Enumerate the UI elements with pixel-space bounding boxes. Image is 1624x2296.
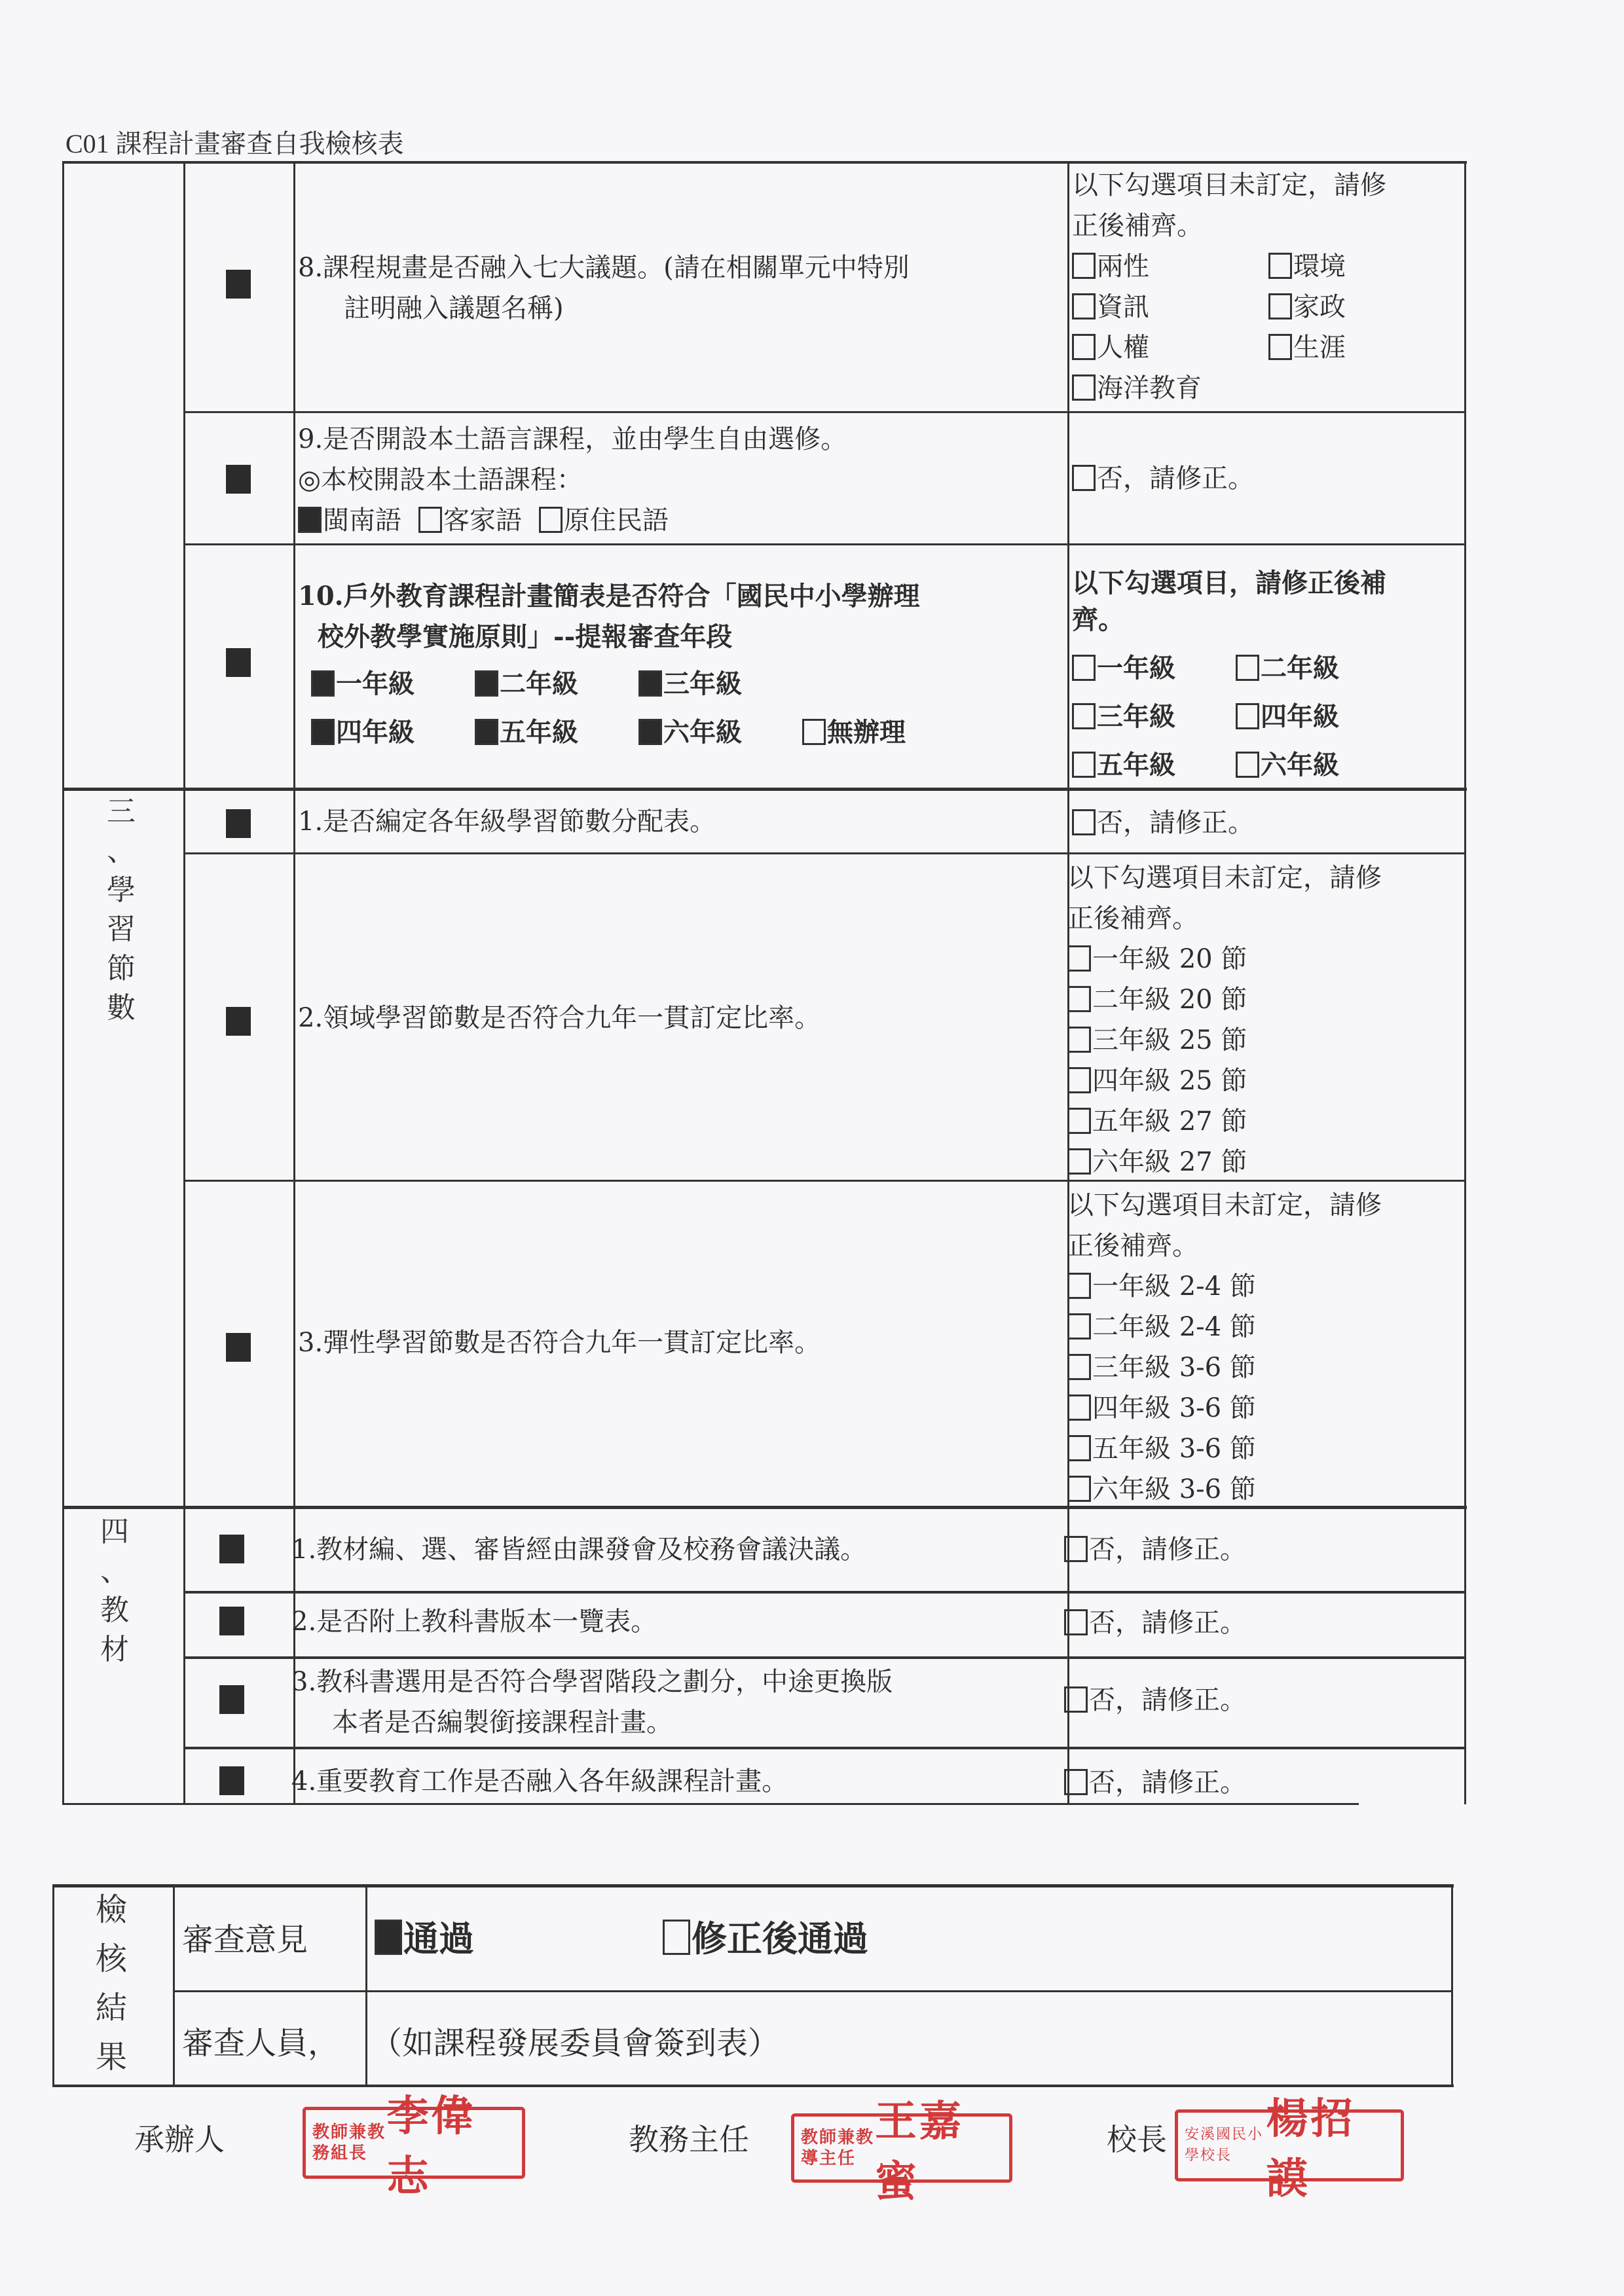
- checkbox[interactable]: [1067, 1313, 1091, 1339]
- s3-item-2-mark: [226, 1007, 251, 1036]
- checkbox-checked[interactable]: [475, 719, 498, 745]
- col-divider-1: [183, 161, 185, 1804]
- grade-option-2[interactable]: 二年級: [475, 664, 638, 704]
- remedy-flex-grade-5[interactable]: 五年級 3-6 節: [1067, 1429, 1382, 1469]
- signature-role-academic-director: 教務主任: [629, 2116, 749, 2159]
- result-bottom-border: [52, 2085, 1454, 2087]
- checkbox[interactable]: [1236, 655, 1259, 681]
- checkbox[interactable]: [1067, 1394, 1091, 1421]
- result-right-border: [1451, 1884, 1453, 2086]
- opinion-options: 通過修正後通過: [375, 1918, 868, 1959]
- signature-role-principal: 校長: [1107, 2116, 1167, 2159]
- remedy-grade-2[interactable]: 二年級: [1236, 648, 1339, 689]
- checkbox[interactable]: [1268, 293, 1292, 319]
- reviewers-value: （如課程發展委員會簽到表）: [371, 2023, 779, 2064]
- checkbox[interactable]: [802, 719, 826, 745]
- remedy-grade-1-periods[interactable]: 一年級 20 節: [1067, 939, 1382, 979]
- remedy-grade-3-periods[interactable]: 三年級 25 節: [1067, 1020, 1382, 1061]
- checkbox[interactable]: [1067, 1148, 1091, 1175]
- remedy-grade-5[interactable]: 五年級: [1072, 745, 1236, 786]
- remedy-flex-grade-4[interactable]: 四年級 3-6 節: [1067, 1388, 1382, 1429]
- remedy-grade-4[interactable]: 四年級: [1236, 697, 1339, 737]
- s3-item-2-remedy: 以下勾選項目未訂定，請修 正後補齊。 一年級 20 節 二年級 20 節 三年級…: [1067, 858, 1382, 1182]
- result-row-divider: [173, 1990, 1453, 1992]
- checkbox[interactable]: [1268, 253, 1292, 279]
- checkbox-checked[interactable]: [475, 670, 498, 697]
- language-option-minnan[interactable]: 閩南語: [298, 500, 401, 541]
- item-8-question: 8.課程規畫是否融入七大議題。(請在相關單元中特別 註明融入議題名稱): [298, 247, 910, 329]
- language-option-hakka[interactable]: 客家語: [418, 500, 522, 541]
- remedy-grade-6[interactable]: 六年級: [1236, 745, 1339, 786]
- item-9-question: 9.是否開設本土語言課程，並由學生自由選修。 ◎本校開設本土語課程： 閩南語客家…: [298, 419, 847, 541]
- stamp-handler: 教師兼教務組長 李偉志: [303, 2107, 525, 2179]
- table-top-border: [62, 161, 1467, 164]
- checkbox-checked[interactable]: [638, 670, 662, 697]
- s3-item-3-mark: [226, 1333, 251, 1362]
- remedy-flex-grade-6[interactable]: 六年級 3-6 節: [1067, 1469, 1382, 1510]
- checkbox[interactable]: [1072, 465, 1096, 491]
- checkbox-checked[interactable]: [311, 670, 335, 697]
- table-right-border: [1464, 161, 1466, 1804]
- checkbox[interactable]: [1072, 334, 1096, 360]
- checkbox[interactable]: [1072, 655, 1096, 681]
- s4-item-1-mark: [219, 1535, 244, 1563]
- s4-item-3-mark: [219, 1685, 244, 1714]
- result-col-divider-1: [173, 1884, 175, 2086]
- remedy-option-environment[interactable]: 環境: [1268, 246, 1346, 287]
- s4-item-2-mark: [219, 1607, 244, 1635]
- s4-item-2-remedy[interactable]: 否，請修正。: [1064, 1603, 1246, 1643]
- checkbox-checked[interactable]: [375, 1920, 402, 1955]
- signature-role-handler: 承辦人: [134, 2116, 225, 2159]
- s4-item-3-question: 3.教科書選用是否符合學習階段之劃分，中途更換版 本者是否編製銜接課程計畫。: [291, 1662, 893, 1743]
- checkbox[interactable]: [1064, 1536, 1088, 1562]
- remedy-flex-grade-2[interactable]: 二年級 2-4 節: [1067, 1307, 1382, 1347]
- s4-item-1-question: 1.教材編、選、審皆經由課發會及校務會議決議。: [291, 1529, 866, 1570]
- s3-item-1-mark: [226, 809, 251, 838]
- checkbox[interactable]: [1064, 1769, 1088, 1795]
- checkbox[interactable]: [1072, 293, 1096, 319]
- item-10-question: 10.戶外教育課程計畫簡表是否符合「國民中小學辦理 校外教學實施原則」--提報審…: [298, 576, 920, 753]
- remedy-option-info[interactable]: 資訊: [1072, 287, 1268, 327]
- checkbox[interactable]: [1072, 809, 1096, 835]
- stamp-principal: 安溪國民小學校長 楊招謨: [1175, 2109, 1404, 2181]
- result-col-divider-2: [365, 1884, 367, 2086]
- checkbox[interactable]: [539, 507, 563, 533]
- checkbox[interactable]: [1067, 1273, 1091, 1299]
- checkbox[interactable]: [1067, 1435, 1091, 1461]
- checkbox[interactable]: [1067, 1027, 1091, 1053]
- checkbox[interactable]: [1064, 1686, 1088, 1713]
- remedy-flex-grade-3[interactable]: 三年級 3-6 節: [1067, 1347, 1382, 1388]
- remedy-option-home-econ[interactable]: 家政: [1268, 287, 1346, 327]
- s4-item-3-remedy[interactable]: 否，請修正。: [1064, 1680, 1246, 1721]
- result-left-border: [52, 1884, 54, 2086]
- reviewers-label: 審查人員，: [182, 2023, 339, 2064]
- item-9-remedy[interactable]: 否，請修正。: [1072, 458, 1254, 499]
- grade-option-3[interactable]: 三年級: [638, 664, 742, 704]
- s4-item-1-remedy[interactable]: 否，請修正。: [1064, 1529, 1246, 1570]
- checkbox[interactable]: [1268, 334, 1292, 360]
- section-3-label: 三 、 學 習 節 數: [101, 792, 141, 1028]
- grade-option-5[interactable]: 五年級: [475, 712, 638, 753]
- remedy-grade-6-periods[interactable]: 六年級 27 節: [1067, 1142, 1382, 1182]
- s4-item-4-question: 4.重要教育工作是否融入各年級課程計畫。: [291, 1761, 788, 1802]
- item-10-remedy: 以下勾選項目，請修正後補 齊。 一年級二年級 三年級四年級 五年級六年級: [1072, 563, 1386, 786]
- row-sep-8-9: [183, 411, 1466, 413]
- section-4-label: 四 、 教 材: [95, 1512, 134, 1669]
- checkbox[interactable]: [418, 507, 442, 533]
- result-section-label: 檢 核 結 果: [92, 1886, 131, 2082]
- checkbox-checked[interactable]: [298, 507, 322, 533]
- grade-option-4[interactable]: 四年級: [311, 712, 475, 753]
- row-sep-3-1-2: [183, 852, 1466, 854]
- remedy-grade-4-periods[interactable]: 四年級 25 節: [1067, 1061, 1382, 1101]
- s3-item-3-question: 3.彈性學習節數是否符合九年一貫訂定比率。: [298, 1322, 821, 1363]
- opinion-pass[interactable]: 通過: [375, 1918, 663, 1959]
- checkbox[interactable]: [1067, 1476, 1091, 1502]
- section-sep-2-3: [62, 788, 1467, 791]
- checkbox[interactable]: [1072, 253, 1096, 279]
- remedy-option-ocean[interactable]: 海洋教育: [1072, 368, 1202, 409]
- remedy-grade-5-periods[interactable]: 五年級 27 節: [1067, 1101, 1382, 1142]
- remedy-grade-3[interactable]: 三年級: [1072, 697, 1236, 737]
- checkbox[interactable]: [1236, 752, 1259, 778]
- language-option-indigenous[interactable]: 原住民語: [539, 500, 669, 541]
- row-sep-4-2-3: [183, 1656, 1466, 1659]
- stamp-academic-director: 教師兼教導主任 王嘉蜜: [791, 2113, 1012, 2183]
- row-sep-4-1-2: [183, 1591, 1466, 1594]
- s4-item-4-remedy[interactable]: 否，請修正。: [1064, 1762, 1246, 1803]
- s3-item-1-remedy[interactable]: 否，請修正。: [1072, 803, 1254, 843]
- table-left-border: [62, 161, 64, 1804]
- grade-option-none[interactable]: 無辦理: [802, 712, 906, 753]
- item-10-mark: [226, 648, 251, 677]
- opinion-label: 審查意見: [182, 1920, 308, 1960]
- row-sep-4-3-4: [183, 1747, 1466, 1749]
- checkbox-checked[interactable]: [638, 719, 662, 745]
- checkbox[interactable]: [1067, 1067, 1091, 1093]
- remedy-option-career[interactable]: 生涯: [1268, 327, 1346, 368]
- row-sep-9-10: [183, 543, 1466, 545]
- s4-item-4-mark: [219, 1766, 244, 1795]
- item-8-remedy: 以下勾選項目未訂定，請修 正後補齊。 兩性環境 資訊家政 人權生涯 海洋教育: [1072, 165, 1386, 409]
- checkbox-checked[interactable]: [311, 719, 335, 745]
- remedy-option-human-rights[interactable]: 人權: [1072, 327, 1268, 368]
- s3-item-1-question: 1.是否編定各年級學習節數分配表。: [298, 801, 716, 842]
- remedy-option-gender[interactable]: 兩性: [1072, 246, 1268, 287]
- result-top-border: [52, 1884, 1454, 1887]
- page-title: C01 課程計畫審查自我檢核表: [65, 123, 404, 160]
- checkbox[interactable]: [1067, 1108, 1091, 1134]
- checkbox[interactable]: [1072, 374, 1096, 401]
- grade-option-6[interactable]: 六年級: [638, 712, 802, 753]
- checkbox[interactable]: [1064, 1609, 1088, 1635]
- checkbox[interactable]: [1236, 703, 1259, 729]
- checkbox[interactable]: [1072, 752, 1096, 778]
- remedy-flex-grade-1[interactable]: 一年級 2-4 節: [1067, 1266, 1382, 1307]
- remedy-grade-1[interactable]: 一年級: [1072, 648, 1236, 689]
- table-bottom-border: [62, 1803, 1359, 1805]
- checkbox[interactable]: [663, 1920, 690, 1955]
- s3-item-3-remedy: 以下勾選項目未訂定，請修 正後補齊。 一年級 2-4 節 二年級 2-4 節 三…: [1067, 1185, 1382, 1510]
- opinion-pass-after-revision[interactable]: 修正後通過: [663, 1918, 868, 1959]
- s4-item-2-question: 2.是否附上教科書版本一覽表。: [291, 1601, 657, 1642]
- checkbox[interactable]: [1067, 986, 1091, 1012]
- item-8-mark: [226, 270, 251, 299]
- checkbox[interactable]: [1067, 945, 1091, 972]
- checkbox[interactable]: [1067, 1354, 1091, 1380]
- remedy-grade-2-periods[interactable]: 二年級 20 節: [1067, 979, 1382, 1020]
- item-9-mark: [226, 465, 251, 494]
- grade-option-1[interactable]: 一年級: [311, 664, 475, 704]
- checkbox[interactable]: [1072, 703, 1096, 729]
- s3-item-2-question: 2.領域學習節數是否符合九年一貫訂定比率。: [298, 998, 821, 1038]
